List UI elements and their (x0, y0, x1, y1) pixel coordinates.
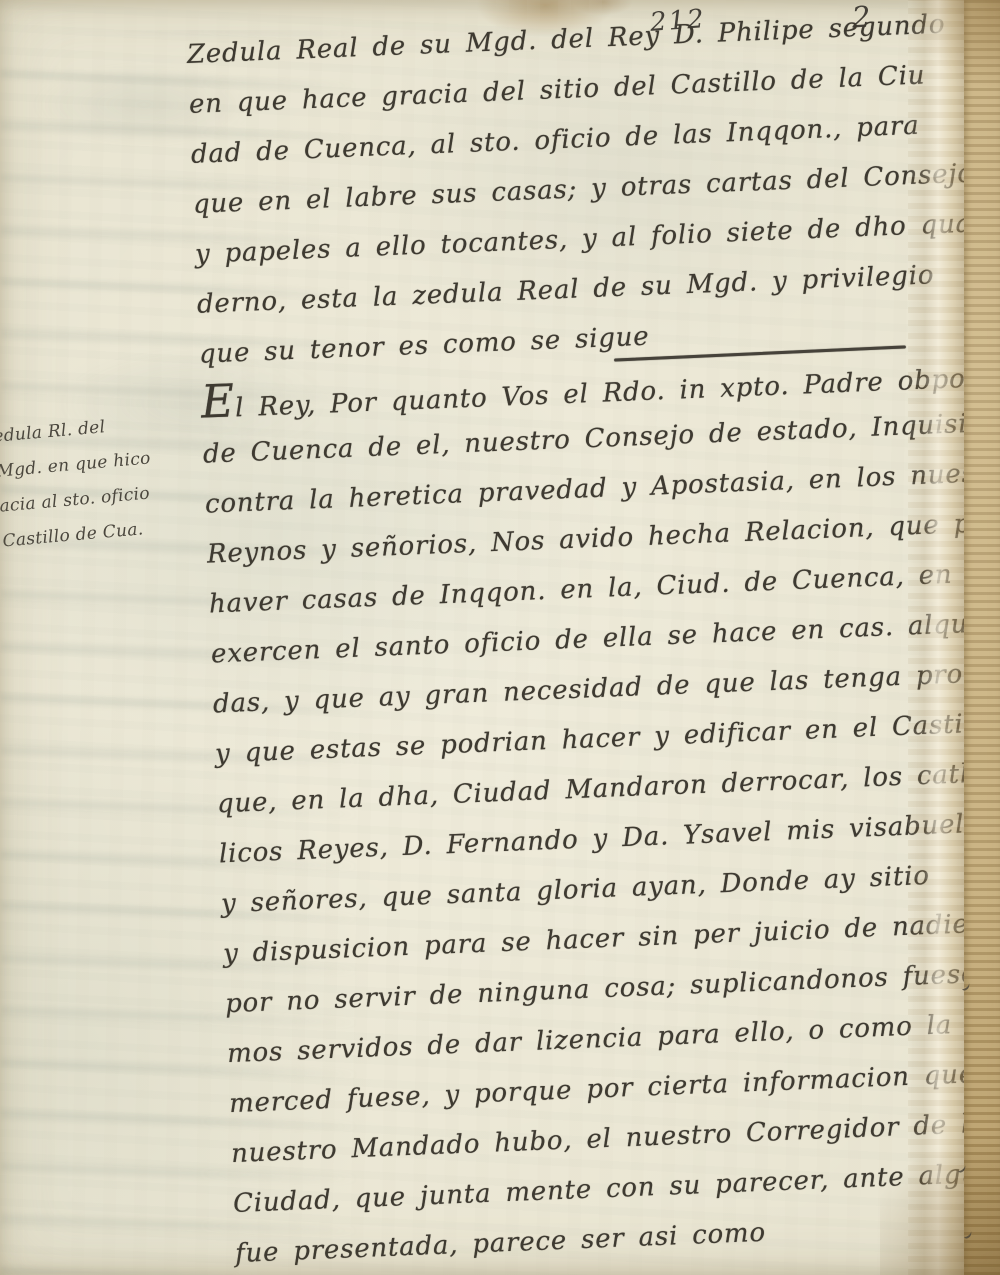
body-text: Zedula Real de su Mgd. del Rey D. Philip… (186, 0, 1000, 1275)
margin-note: edula Rl. delMgd. en que hicoacia al sto… (0, 404, 184, 559)
manuscript-page: 212 2 edula Rl. delMgd. en que hicoacia … (0, 0, 1000, 1275)
